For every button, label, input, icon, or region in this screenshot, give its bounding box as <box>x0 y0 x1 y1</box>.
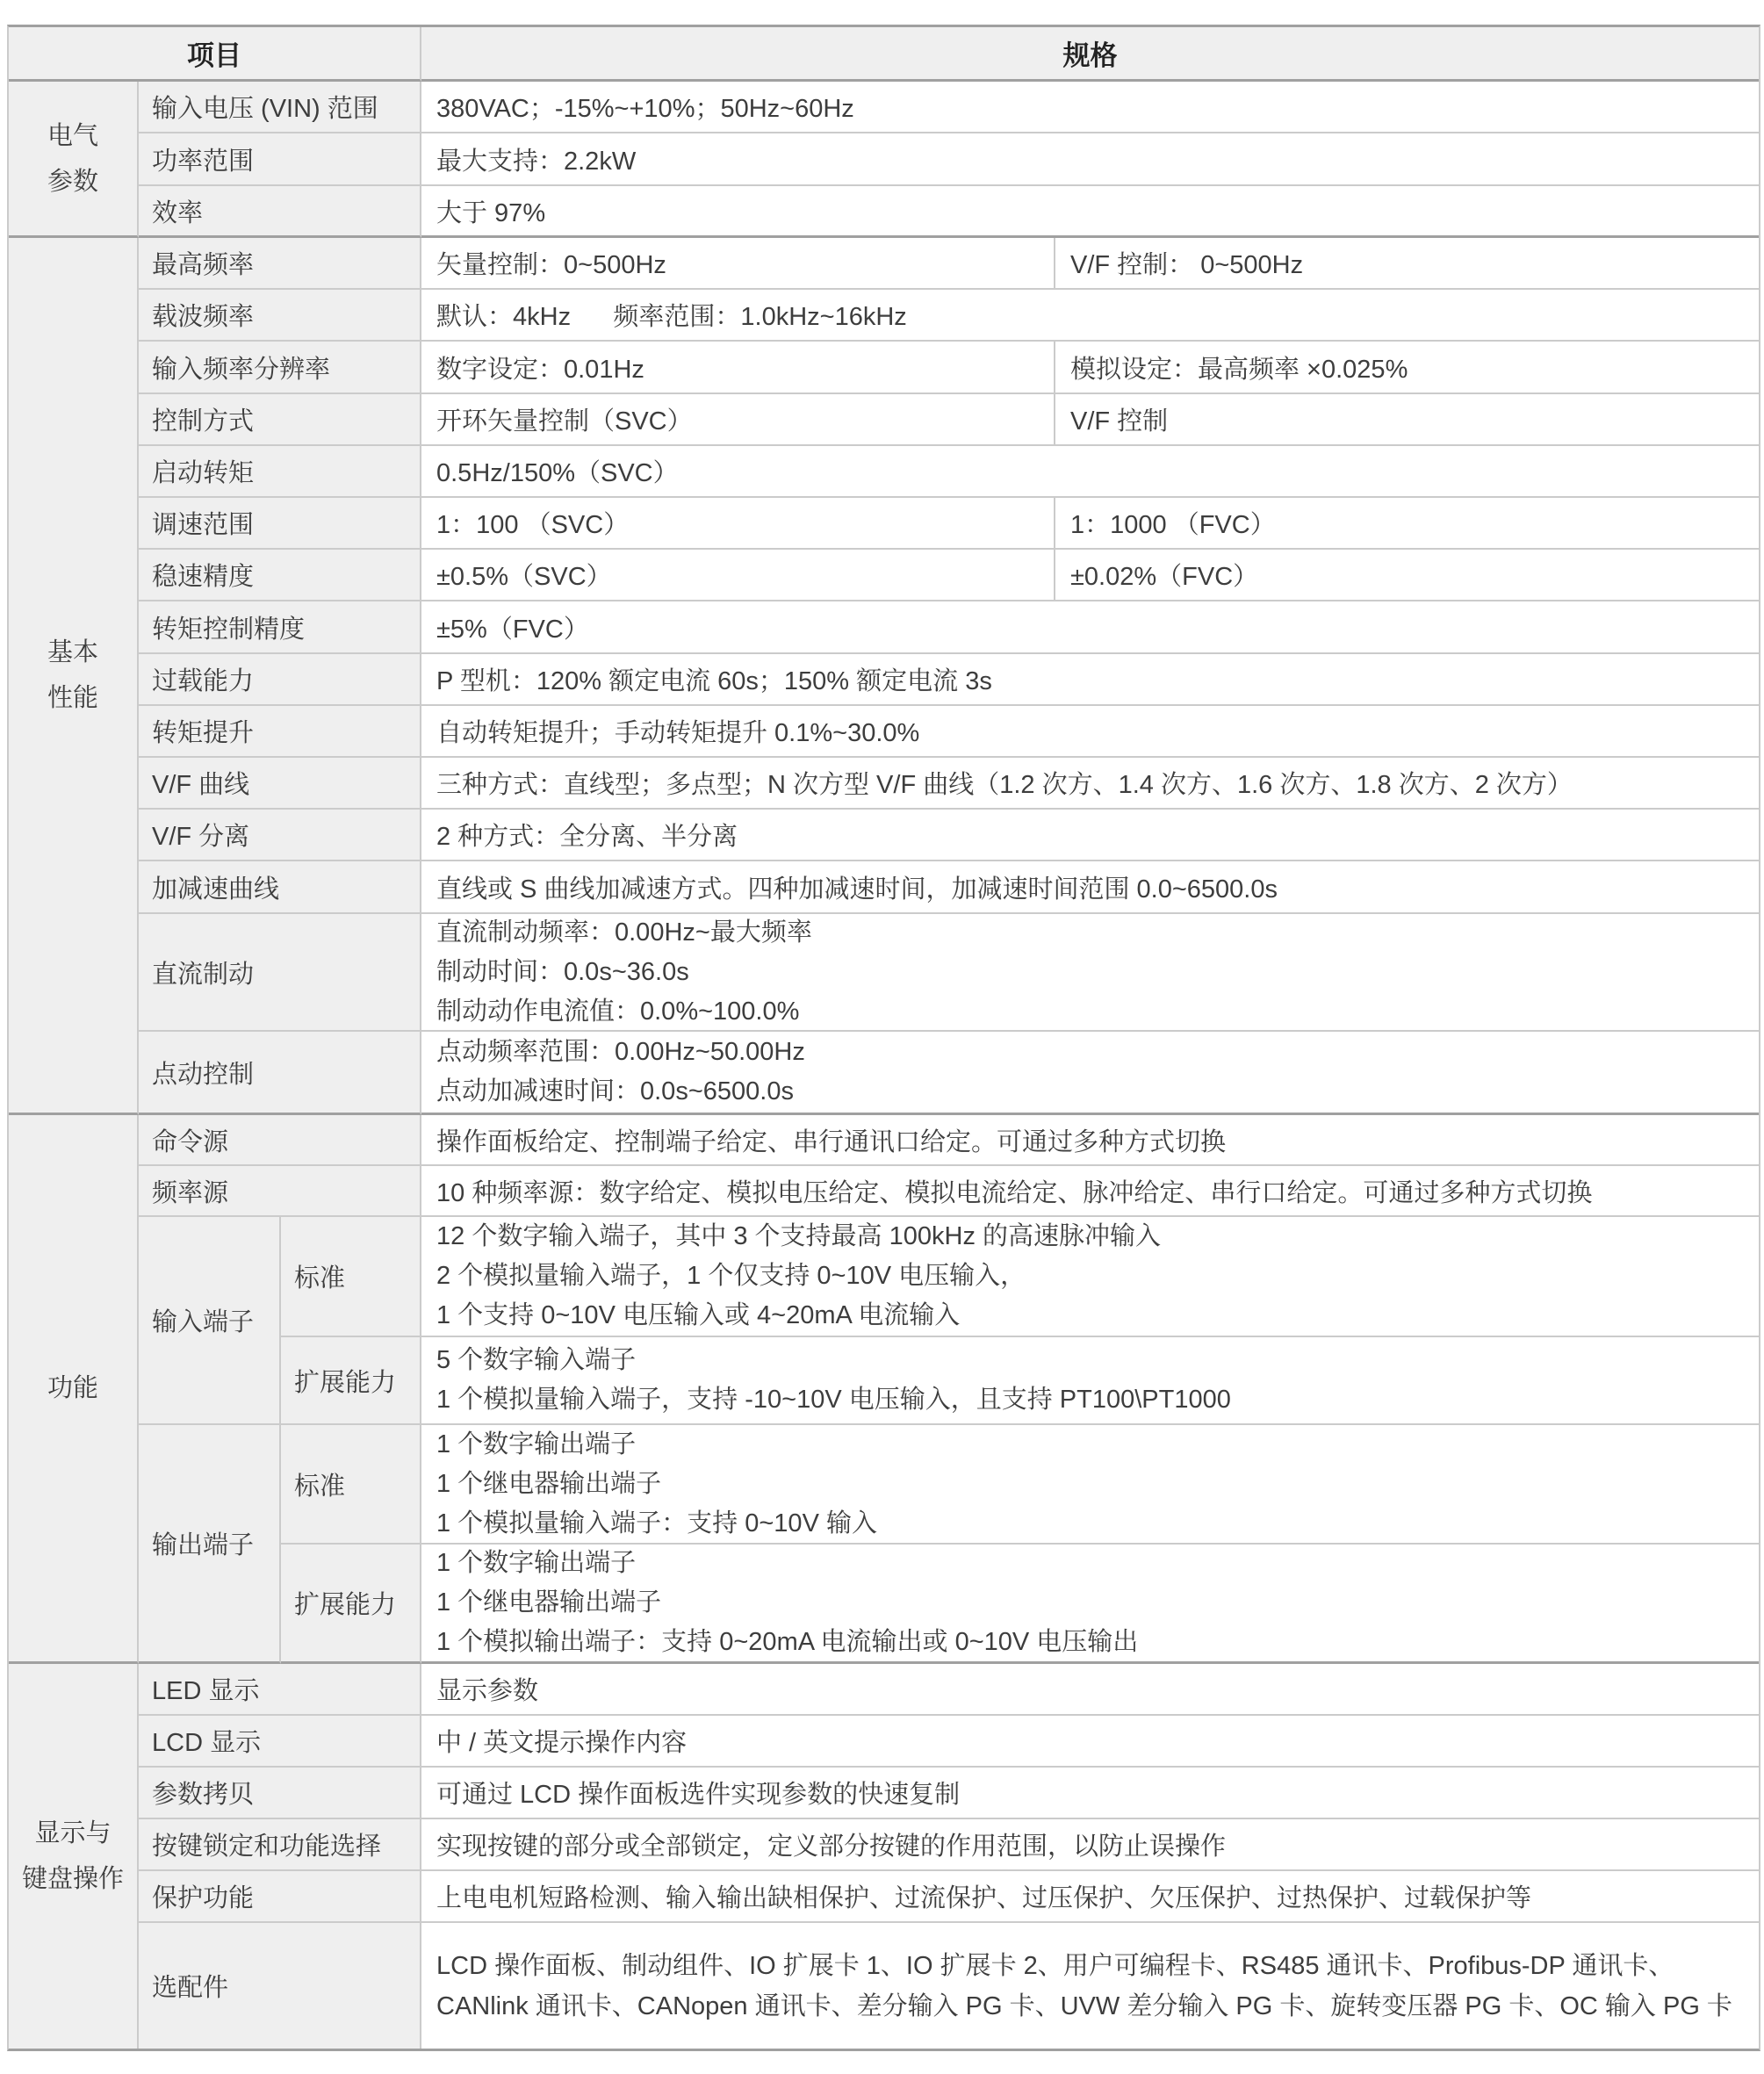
spec-input-voltage-range: 380VAC；-15%~+10%；50Hz~60Hz <box>421 82 1759 133</box>
spec-overload-capacity: P 型机：120% 额定电流 60s；150% 额定电流 3s <box>421 654 1759 706</box>
group-input-terminals: 输入端子 <box>139 1217 281 1425</box>
spec-optional-accessories: LCD 操作面板、制动组件、IO 扩展卡 1、IO 扩展卡 2、用户可编程卡、R… <box>421 1923 1759 2049</box>
label-carrier-frequency: 载波频率 <box>139 290 421 342</box>
spec-torque-control-accuracy: ±5%（FVC） <box>421 601 1759 654</box>
label-protection-functions: 保护功能 <box>139 1871 421 1923</box>
spec-line: 1 个模拟输出端子：支持 0~20mA 电流输出或 0~10V 电压输出 <box>436 1623 1138 1662</box>
spec-line: 1 个支持 0~10V 电压输入或 4~20mA 电流输入 <box>436 1296 960 1336</box>
spec-line: 1 个数字输出端子 <box>436 1425 636 1465</box>
category-function: 功能 <box>9 1115 139 1664</box>
label-accel-decel-curve: 加减速曲线 <box>139 861 421 914</box>
spec-output-expansion: 1 个数字输出端子 1 个继电器输出端子 1 个模拟输出端子：支持 0~20mA… <box>421 1545 1759 1664</box>
spec-power-range: 最大支持：2.2kW <box>421 133 1759 186</box>
sub-label-output-expansion: 扩展能力 <box>281 1545 421 1664</box>
spec-line: 制动动作电流值：0.0%~100.0% <box>436 992 799 1032</box>
sub-label-input-expansion: 扩展能力 <box>281 1337 421 1425</box>
spec-speed-accuracy-svc: ±0.5%（SVC） <box>421 550 1055 601</box>
spec-jog-control: 点动频率范围：0.00Hz~50.00Hz 点动加减速时间：0.0s~6500.… <box>421 1032 1759 1115</box>
spec-output-standard: 1 个数字输出端子 1 个继电器输出端子 1 个模拟量输入端子：支持 0~10V… <box>421 1425 1759 1545</box>
label-efficiency: 效率 <box>139 186 421 238</box>
spec-efficiency: 大于 97% <box>421 186 1759 238</box>
spec-startup-torque: 0.5Hz/150%（SVC） <box>421 446 1759 498</box>
label-dc-braking: 直流制动 <box>139 914 421 1032</box>
label-torque-boost: 转矩提升 <box>139 706 421 758</box>
spec-speed-range-fvc: 1：1000 （FVC） <box>1055 498 1759 550</box>
category-electrical-params: 电气 参数 <box>9 82 139 238</box>
label-max-frequency: 最高频率 <box>139 238 421 290</box>
label-key-lock-function-select: 按键锁定和功能选择 <box>139 1819 421 1871</box>
spec-line: 1 个模拟量输入端子，支持 -10~10V 电压输入，且支持 PT100\PT1… <box>436 1380 1231 1420</box>
spec-vf-separation: 2 种方式：全分离、半分离 <box>421 810 1759 861</box>
label-optional-accessories: 选配件 <box>139 1923 421 2049</box>
spec-speed-range-svc: 1：100 （SVC） <box>421 498 1055 550</box>
header-item: 项目 <box>9 27 421 82</box>
spec-key-lock-function-select: 实现按键的部分或全部锁定，定义部分按键的作用范围，以防止误操作 <box>421 1819 1759 1871</box>
spec-parameter-copy: 可通过 LCD 操作面板选件实现参数的快速复制 <box>421 1768 1759 1819</box>
label-frequency-source: 频率源 <box>139 1166 421 1217</box>
label-jog-control: 点动控制 <box>139 1032 421 1115</box>
label-input-voltage-range: 输入电压 (VIN) 范围 <box>139 82 421 133</box>
spec-frequency-source: 10 种频率源：数字给定、模拟电压给定、模拟电流给定、脉冲给定、串行口给定。可通… <box>421 1166 1759 1217</box>
spec-accel-decel-curve: 直线或 S 曲线加减速方式。四种加减速时间，加减速时间范围 0.0~6500.0… <box>421 861 1759 914</box>
category-line: 键盘操作 <box>22 1856 124 1902</box>
spec-torque-boost: 自动转矩提升；手动转矩提升 0.1%~30.0% <box>421 706 1759 758</box>
label-startup-torque: 启动转矩 <box>139 446 421 498</box>
spec-lcd-display: 中 / 英文提示操作内容 <box>421 1716 1759 1768</box>
label-vf-separation: V/F 分离 <box>139 810 421 861</box>
spec-dc-braking: 直流制动频率：0.00Hz~最大频率 制动时间：0.0s~36.0s 制动动作电… <box>421 914 1759 1032</box>
spec-line: 1 个继电器输出端子 <box>436 1583 661 1623</box>
spec-line: 直流制动频率：0.00Hz~最大频率 <box>436 914 812 953</box>
sub-label-input-standard: 标准 <box>281 1217 421 1337</box>
spec-line: 1 个数字输出端子 <box>436 1545 636 1583</box>
spec-input-standard: 12 个数字输入端子，其中 3 个支持最高 100kHz 的高速脉冲输入 2 个… <box>421 1217 1759 1337</box>
label-control-mode: 控制方式 <box>139 394 421 446</box>
spec-input-expansion: 5 个数字输入端子 1 个模拟量输入端子，支持 -10~10V 电压输入，且支持… <box>421 1337 1759 1425</box>
spec-vf-curve: 三种方式：直线型；多点型；N 次方型 V/F 曲线（1.2 次方、1.4 次方、… <box>421 758 1759 810</box>
label-vf-curve: V/F 曲线 <box>139 758 421 810</box>
label-speed-stability-accuracy: 稳速精度 <box>139 550 421 601</box>
label-overload-capacity: 过载能力 <box>139 654 421 706</box>
label-parameter-copy: 参数拷贝 <box>139 1768 421 1819</box>
category-line: 参数 <box>47 159 98 205</box>
label-speed-regulation-range: 调速范围 <box>139 498 421 550</box>
spec-command-source: 操作面板给定、控制端子给定、串行通讯口给定。可通过多种方式切换 <box>421 1115 1759 1166</box>
spec-table: 项目 规格 电气 参数 输入电压 (VIN) 范围 380VAC；-15%~+1… <box>7 25 1760 2051</box>
spec-speed-accuracy-fvc: ±0.02%（FVC） <box>1055 550 1759 601</box>
spec-max-frequency-vf: V/F 控制： 0~500Hz <box>1055 238 1759 290</box>
spec-line: 5 个数字输入端子 <box>436 1341 636 1380</box>
spec-line: 1 个模拟量输入端子：支持 0~10V 输入 <box>436 1504 877 1544</box>
label-power-range: 功率范围 <box>139 133 421 186</box>
category-line: 性能 <box>47 675 98 721</box>
header-spec: 规格 <box>421 27 1759 82</box>
spec-protection-functions: 上电电机短路检测、输入输出缺相保护、过流保护、过压保护、欠压保护、过热保护、过载… <box>421 1871 1759 1923</box>
category-display-keyboard: 显示与 键盘操作 <box>9 1664 139 2049</box>
spec-freq-resolution-analog: 模拟设定：最高频率 ×0.025% <box>1055 342 1759 394</box>
group-output-terminals: 输出端子 <box>139 1425 281 1664</box>
category-line: 功能 <box>47 1365 98 1411</box>
spec-freq-resolution-digital: 数字设定：0.01Hz <box>421 342 1055 394</box>
label-command-source: 命令源 <box>139 1115 421 1166</box>
spec-line: 点动加减速时间：0.0s~6500.0s <box>436 1072 794 1112</box>
spec-line: 1 个继电器输出端子 <box>436 1465 661 1504</box>
category-line: 电气 <box>47 113 98 159</box>
spec-line: 2 个模拟量输入端子，1 个仅支持 0~10V 电压输入， <box>436 1257 1026 1296</box>
spec-control-mode-svc: 开环矢量控制（SVC） <box>421 394 1055 446</box>
spec-control-mode-vf: V/F 控制 <box>1055 394 1759 446</box>
spec-page: 项目 规格 电气 参数 输入电压 (VIN) 范围 380VAC；-15%~+1… <box>0 0 1764 2074</box>
spec-line: 制动时间：0.0s~36.0s <box>436 953 689 992</box>
spec-max-frequency-vector: 矢量控制：0~500Hz <box>421 238 1055 290</box>
label-led-display: LED 显示 <box>139 1664 421 1716</box>
spec-led-display: 显示参数 <box>421 1664 1759 1716</box>
sub-label-output-standard: 标准 <box>281 1425 421 1545</box>
category-line: 基本 <box>47 630 98 675</box>
spec-line: 点动频率范围：0.00Hz~50.00Hz <box>436 1033 805 1072</box>
category-basic-performance: 基本 性能 <box>9 238 139 1115</box>
label-lcd-display: LCD 显示 <box>139 1716 421 1768</box>
label-input-freq-resolution: 输入频率分辨率 <box>139 342 421 394</box>
category-line: 显示与 <box>34 1811 111 1856</box>
spec-line: 12 个数字输入端子，其中 3 个支持最高 100kHz 的高速脉冲输入 <box>436 1217 1161 1257</box>
label-torque-control-accuracy: 转矩控制精度 <box>139 601 421 654</box>
spec-carrier-frequency: 默认：4kHz 频率范围：1.0kHz~16kHz <box>421 290 1759 342</box>
